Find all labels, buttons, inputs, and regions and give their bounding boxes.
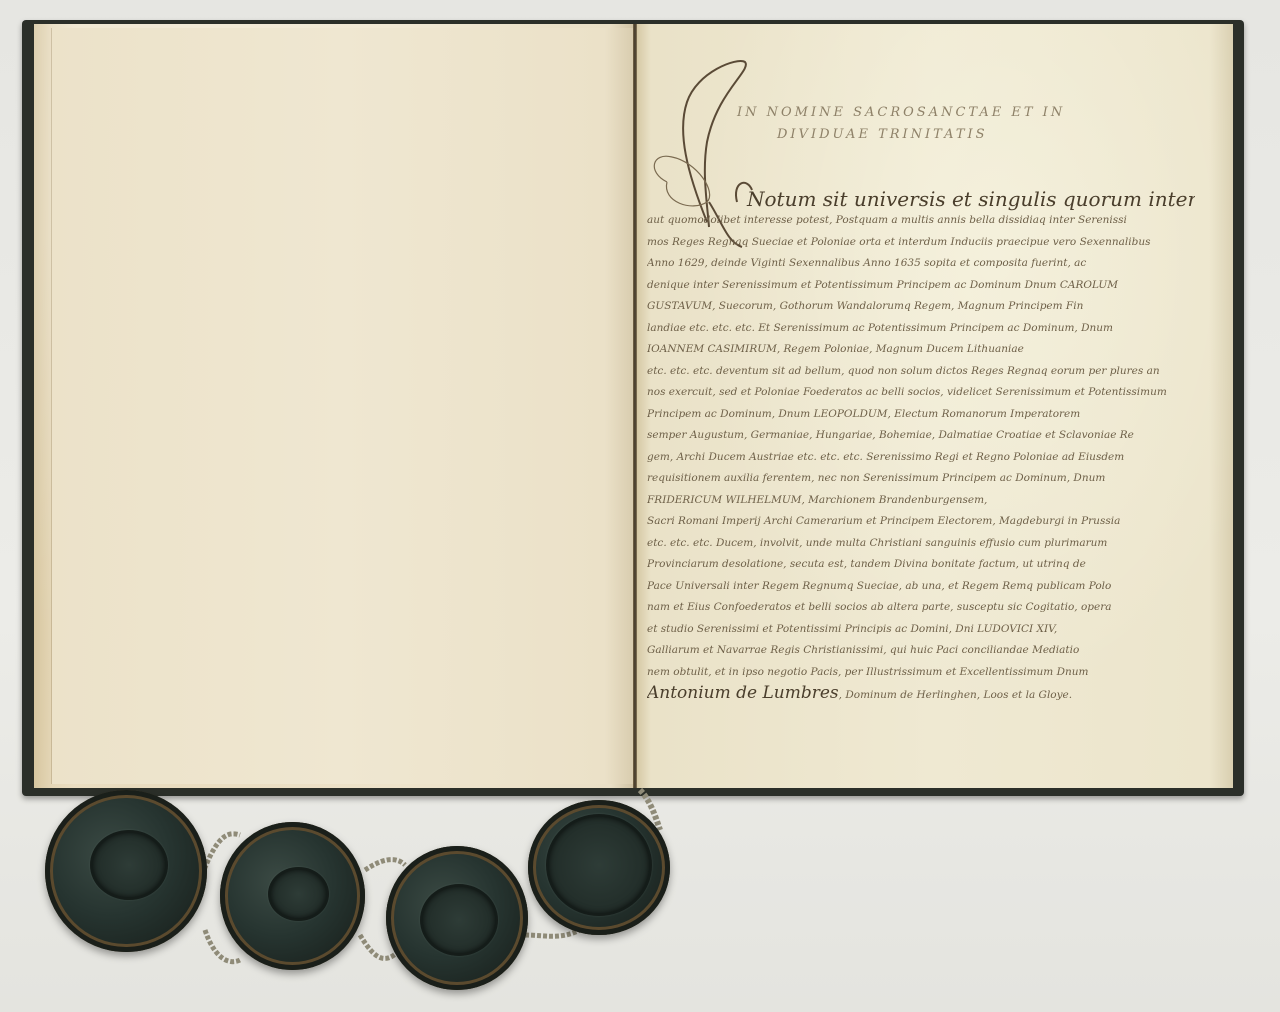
seal-cord: [0, 0, 1280, 1012]
